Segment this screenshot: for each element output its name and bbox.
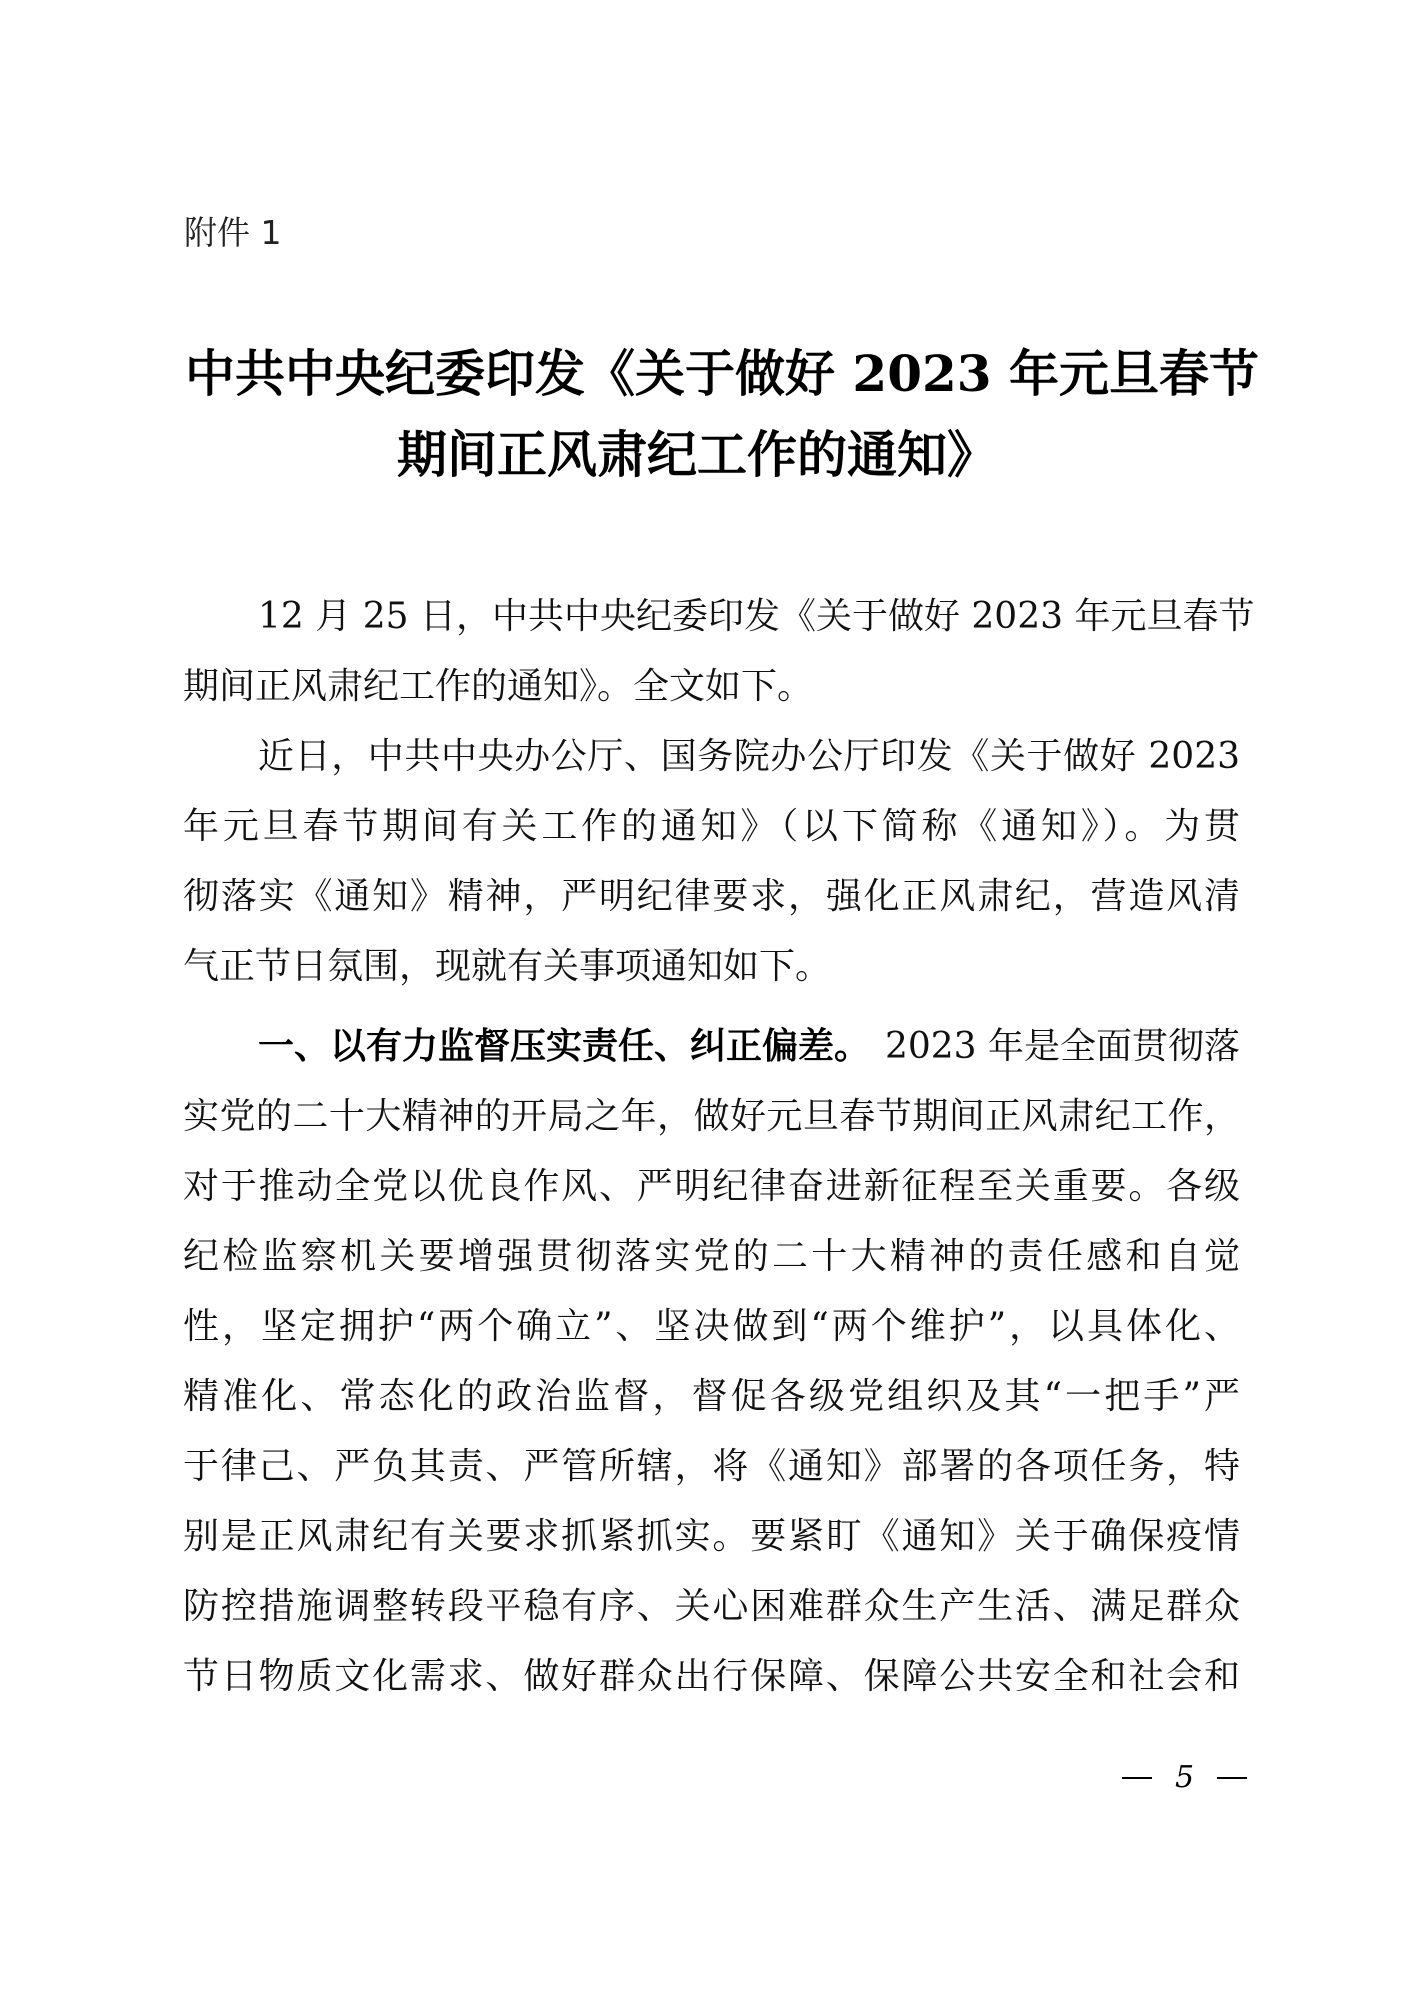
paragraph-2-line-4: 气正节日氛围，现就有关事项通知如下。 [183,932,831,1002]
paragraph-1-line-2: 期间正风肃纪工作的通知》。全文如下。 [183,652,813,722]
paragraph-1-line-1: 12 月 25 日，中共中央纪委印发《关于做好 2023 年元旦春节 [258,582,1240,652]
paragraph-3-line-4: 纪检监察机关要增强贯彻落实党的二十大精神的责任感和自觉 [183,1222,1240,1292]
paragraph-2-line-2: 年元旦春节期间有关工作的通知》（以下简称《通知》）。为贯 [183,792,1240,862]
paragraph-3-line-7: 于律己、严负其责、严管所辖，将《通知》部署的各项任务，特 [183,1432,1240,1502]
paragraph-3-line-3: 对于推动全党以优良作风、严明纪律奋进新征程至关重要。各级 [183,1152,1240,1222]
page-number-dash-left [1122,1777,1152,1779]
section-heading-1: 一、以有力监督压实责任、纠正偏差。 [258,1012,870,1082]
paragraph-2-line-3: 彻落实《通知》精神，严明纪律要求，强化正风肃纪，营造风清 [183,862,1240,932]
attachment-label: 附件 1 [184,208,282,258]
paragraph-3-line-1-rest: 2023 年是全面贯彻落 [885,1012,1240,1082]
paragraph-3-line-2: 实党的二十大精神的开局之年，做好元旦春节期间正风肃纪工作， [183,1082,1240,1152]
paragraph-3-line-1: 一、以有力监督压实责任、纠正偏差。 2023 年是全面贯彻落 [258,1012,1240,1082]
paragraph-3-line-9: 防控措施调整转段平稳有序、关心困难群众生产生活、满足群众 [183,1572,1240,1642]
paragraph-3-line-8: 别是正风肃纪有关要求抓紧抓实。要紧盯《通知》关于确保疫情 [183,1502,1240,1572]
document-page: 附件 1 中共中央纪委印发《关于做好 2023 年元旦春节 期间正风肃纪工作的通… [0,0,1410,1995]
document-title-line-2: 期间正风肃纪工作的通知》 [397,423,892,487]
paragraph-3-line-6: 精准化、常态化的政治监督，督促各级党组织及其“一把手”严 [183,1362,1240,1432]
document-title-line-1: 中共中央纪委印发《关于做好 2023 年元旦春节 [185,342,1243,406]
page-number: 5 [1175,1758,1194,1798]
page-number-dash-right [1217,1777,1247,1779]
paragraph-2-line-1: 近日，中共中央办公厅、国务院办公厅印发《关于做好 2023 [258,722,1240,792]
paragraph-3-line-10: 节日物质文化需求、做好群众出行保障、保障公共安全和社会和 [183,1642,1240,1712]
page-number-footer: 5 [1122,1758,1247,1798]
paragraph-3-line-5: 性，坚定拥护“两个确立”、坚决做到“两个维护”，以具体化、 [183,1292,1240,1362]
